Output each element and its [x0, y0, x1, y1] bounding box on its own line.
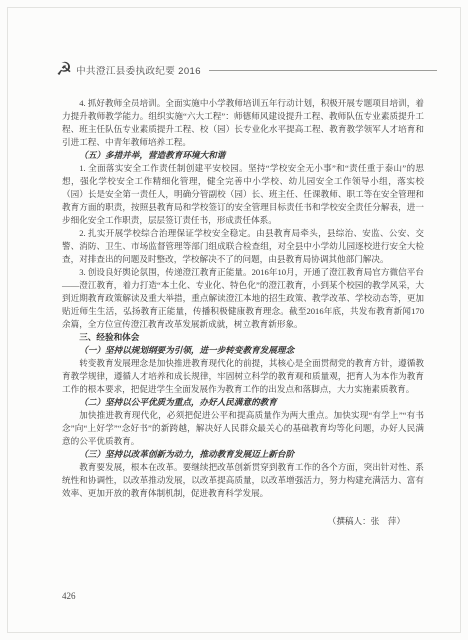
- page-header: ☭ 中共澄江县委执政纪要 2016: [56, 60, 437, 80]
- paragraph: 加快推进教育现代化，必须把促进公平和提高质量作为两大重点。加快实现“有学上”“有…: [62, 409, 424, 448]
- section-heading: （三）坚持以改革创新为动力，推动教育发展迈上新台阶: [62, 448, 424, 461]
- chapter-heading: 三、经验和体会: [62, 331, 424, 344]
- document-body: 4. 抓好教师全员培训。全面实施中小学教师培训五年行动计划，积极开展专题项目培训…: [62, 97, 424, 528]
- header-title: 中共澄江县委执政纪要 2016: [76, 63, 201, 77]
- section-heading: （二）坚持以公平优质为重点，办好人民满意的教育: [62, 396, 424, 409]
- byline: （撰稿人：张 萍）: [62, 515, 424, 528]
- paragraph: 4. 抓好教师全员培训。全面实施中小学教师培训五年行动计划，积极开展专题项目培训…: [62, 97, 424, 149]
- page-number: 426: [62, 591, 76, 601]
- header-rule: [209, 70, 437, 71]
- paragraph: 1. 全面落实安全工作责任制创建平安校园。坚持“学校安全无小事”和“责任重于泰山…: [62, 162, 424, 227]
- section-heading: （一）坚持以规划纲要为引领，进一步转变教育发展理念: [62, 344, 424, 357]
- paragraph: 3. 创设良好舆论氛围，传递澄江教育正能量。2016年10月，开通了澄江教育局官…: [62, 266, 424, 331]
- section-heading: （五）多措并举，营造教育环境大和谐: [62, 149, 424, 162]
- paragraph: 2. 扎实开展学校综合治理保证学校安全稳定。由县教育局牵头，县综治、安监、公安、…: [62, 227, 424, 266]
- party-emblem-icon: ☭: [56, 61, 72, 79]
- paragraph: 教育要发展，根本在改革。要继续把改革创新贯穿到教育工作的各个方面，突出针对性、系…: [62, 461, 424, 500]
- paragraph: 转变教育发展理念是加快推进教育现代化的前提，其核心是全面贯彻党的教育方针，遵循教…: [62, 357, 424, 396]
- scanned-document-page: ☭ 中共澄江县委执政纪要 2016 4. 抓好教师全员培训。全面实施中小学教师培…: [0, 0, 468, 640]
